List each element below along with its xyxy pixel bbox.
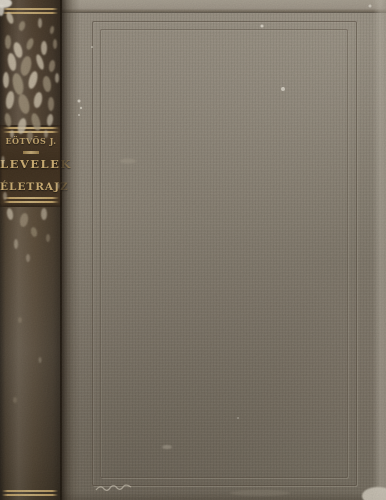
label-rule-bottom-2 <box>3 201 59 203</box>
label-rule-top-2 <box>3 131 59 133</box>
cover-top-edge <box>60 0 386 13</box>
cover-fore-edge <box>373 0 386 500</box>
label-rule-top-1 <box>3 127 59 129</box>
spine-divider-dash <box>23 151 39 154</box>
spine-title-line-1: LEVELEK <box>0 157 62 171</box>
cover-frame-inner <box>100 29 348 478</box>
book-spine <box>0 0 62 500</box>
spine-tail-rule-1 <box>2 490 58 492</box>
spine-tail-rule-2 <box>2 494 58 496</box>
spine-hinge-groove <box>60 0 80 500</box>
label-rule-bottom-1 <box>3 197 59 199</box>
spine-head-rule-1 <box>2 8 58 10</box>
spine-head-rule-2 <box>2 12 58 14</box>
spine-title-line-2: ÉLETRAJZ <box>0 181 62 193</box>
book-photo: EÖTVÖS J. LEVELEK ÉLETRAJZ <box>0 0 386 500</box>
cover-bottom-shade <box>60 492 386 500</box>
spine-author-text: EÖTVÖS J. <box>0 136 62 146</box>
spine-title-label: EÖTVÖS J. LEVELEK ÉLETRAJZ <box>0 125 62 207</box>
